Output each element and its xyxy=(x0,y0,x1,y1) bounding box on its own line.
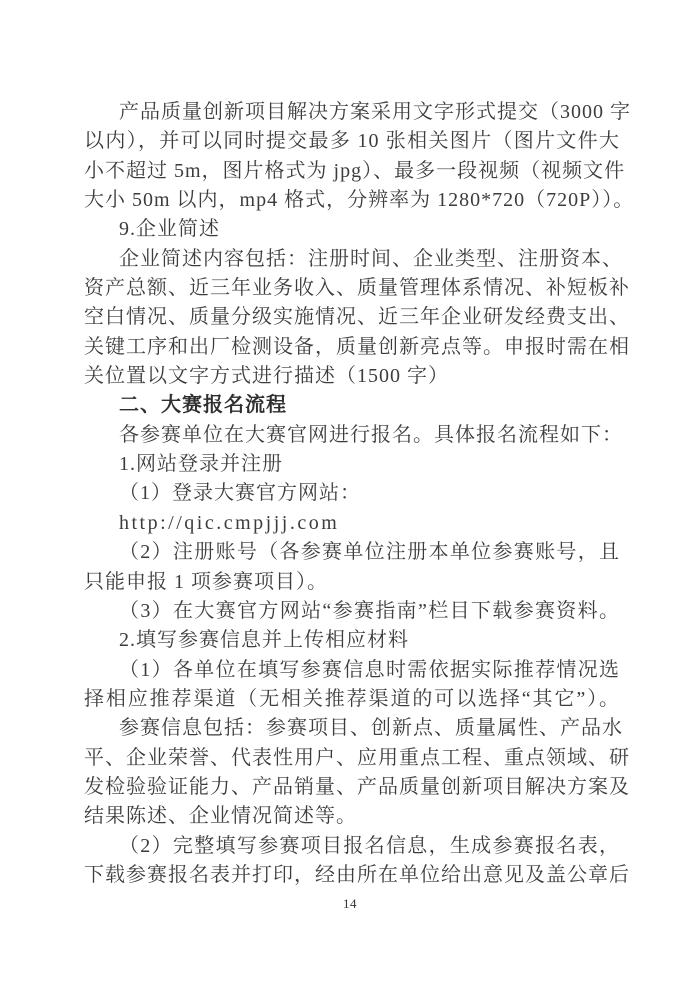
text-line: （2）完整填写参赛项目报名信息，生成参赛报名表， xyxy=(84,832,620,861)
text-line: 资产总额、近三年业务收入、质量管理体系情况、补短板补 xyxy=(84,274,620,303)
document-body: 产品质量创新项目解决方案采用文字形式提交（3000 字 以内），并可以同时提交最… xyxy=(84,98,620,890)
page-number: 14 xyxy=(0,896,700,912)
section-heading: 二、大赛报名流程 xyxy=(84,391,620,420)
text-line: 产品质量创新项目解决方案采用文字形式提交（3000 字 xyxy=(84,98,620,127)
text-line: 下载参赛报名表并打印，经由所在单位给出意见及盖公章后 xyxy=(84,861,620,890)
text-line: 企业简述内容包括：注册时间、企业类型、注册资本、 xyxy=(84,245,620,274)
text-line: 小不超过 5m，图片格式为 jpg）、最多一段视频（视频文件 xyxy=(84,157,620,186)
text-line: （3）在大赛官方网站“参赛指南”栏目下载参赛资料。 xyxy=(84,597,620,626)
text-line: 参赛信息包括：参赛项目、创新点、质量属性、产品水 xyxy=(84,714,620,743)
list-item-number-1: 1.网站登录并注册 xyxy=(84,450,620,479)
text-line: 结果陈述、企业情况简述等。 xyxy=(84,802,620,831)
text-line: 只能申报 1 项参赛项目）。 xyxy=(84,568,620,597)
text-line: 择相应推荐渠道（无相关推荐渠道的可以选择“其它”）。 xyxy=(84,685,620,714)
text-line: （2）注册账号（各参赛单位注册本单位参赛账号，且 xyxy=(84,538,620,567)
text-line: 发检验验证能力、产品销量、产品质量创新项目解决方案及 xyxy=(84,773,620,802)
list-item-number-9: 9.企业简述 xyxy=(84,215,620,244)
text-line: 空白情况、质量分级实施情况、近三年企业研发经费支出、 xyxy=(84,303,620,332)
text-line: 关位置以文字方式进行描述（1500 字） xyxy=(84,362,620,391)
text-line: （1）各单位在填写参赛信息时需依据实际推荐情况选 xyxy=(84,656,620,685)
text-line: 大小 50m 以内，mp4 格式，分辨率为 1280*720（720P））。 xyxy=(84,186,620,215)
text-line: 关键工序和出厂检测设备，质量创新亮点等。申报时需在相 xyxy=(84,333,620,362)
document-page: 产品质量创新项目解决方案采用文字形式提交（3000 字 以内），并可以同时提交最… xyxy=(0,0,700,990)
list-item-number-2: 2.填写参赛信息并上传相应材料 xyxy=(84,626,620,655)
text-line: 各参赛单位在大赛官网进行报名。具体报名流程如下： xyxy=(84,421,620,450)
text-line: 平、企业荣誉、代表性用户、应用重点工程、重点领域、研 xyxy=(84,744,620,773)
text-line: 以内），并可以同时提交最多 10 张相关图片（图片文件大 xyxy=(84,127,620,156)
text-line: （1）登录大赛官方网站： xyxy=(84,479,620,508)
website-url: http://qic.cmpjjj.com xyxy=(84,509,620,538)
